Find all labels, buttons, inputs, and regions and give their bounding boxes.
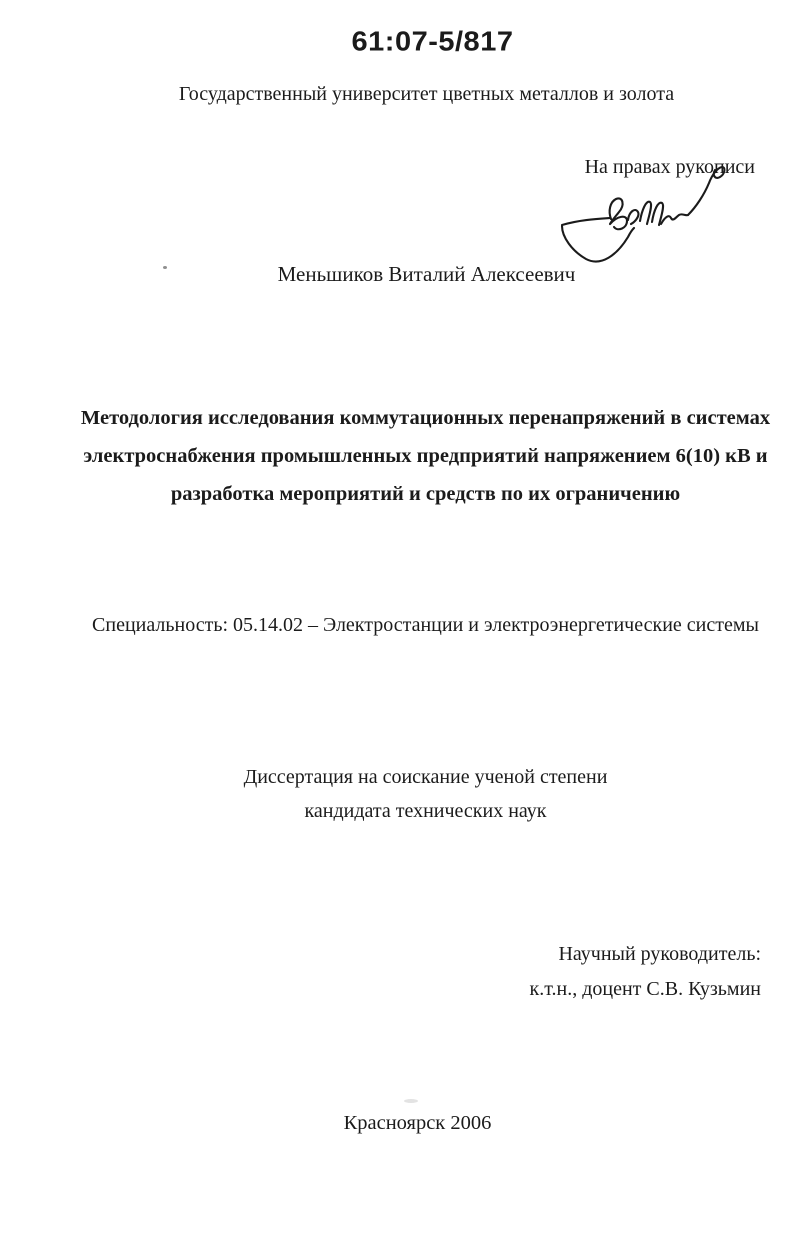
supervisor-block: Научный руководитель: к.т.н., доцент С.В… <box>530 937 761 1007</box>
title-line-2: электроснабжения промышленных предприяти… <box>56 437 795 475</box>
dissertation-statement: Диссертация на соискание ученой степени … <box>0 760 795 828</box>
title-line-3: разработка мероприятий и средств по их о… <box>56 475 795 513</box>
supervisor-name: к.т.н., доцент С.В. Кузьмин <box>530 972 761 1007</box>
author-name: Меньшиков Виталий Алексеевич <box>0 262 795 287</box>
catalog-number: 61:07-5/817 <box>0 27 795 59</box>
handwritten-signature-icon <box>535 158 735 278</box>
scan-speck-artifact <box>163 266 167 269</box>
university-name: Государственный университет цветных мета… <box>0 83 795 106</box>
dissertation-title-page: 61:07-5/817 Государственный университет … <box>0 0 795 1236</box>
dissertation-line-2: кандидата технических наук <box>56 794 795 828</box>
city-year: Красноярск 2006 <box>0 1112 795 1135</box>
scan-smudge-artifact <box>404 1099 418 1103</box>
supervisor-label: Научный руководитель: <box>530 937 761 972</box>
dissertation-title: Методология исследования коммутационных … <box>0 399 795 513</box>
specialty-line: Специальность: 05.14.02 – Электростанции… <box>0 614 795 637</box>
title-line-1: Методология исследования коммутационных … <box>56 399 795 437</box>
dissertation-line-1: Диссертация на соискание ученой степени <box>56 760 795 794</box>
